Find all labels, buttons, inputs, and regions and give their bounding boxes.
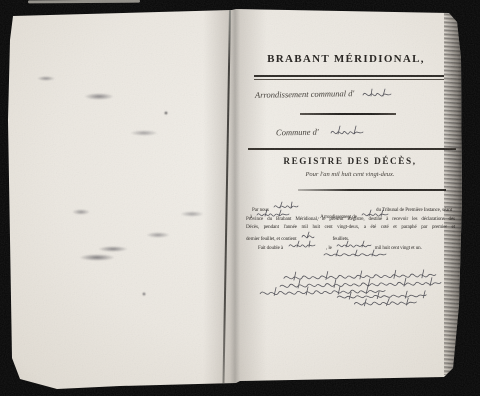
handwritten-place-entry [288,240,318,249]
line4-text: Décès, pendant l'année mil huit cent vin… [246,224,455,230]
commune-label-text: Commune d' [276,127,319,138]
ink-smudge [130,130,158,136]
commune-label: Commune d' [276,127,319,138]
certification-line-3: Province du Brabant Méridional, le prése… [246,216,455,222]
ink-dot [164,111,168,115]
scanned-register-photo: BRABANT MÉRIDIONAL, Arrondissement commu… [0,0,480,396]
line3-text: Province du Brabant Méridional, le prése… [246,216,455,222]
arrondissement-label-text: Arrondissement communal d' [255,88,354,100]
left-page [10,10,230,386]
handwritten-signature [352,297,422,308]
mid-rule [298,189,446,191]
ink-smudge [146,232,170,238]
ink-dot [142,292,146,296]
gutter-shadow [203,9,267,385]
register-subtitle: Pour l'an mil huit cent vingt-deux. [250,171,450,178]
long-rule [248,148,456,150]
ink-smudge [180,211,204,217]
arrondissement-label: Arrondissement communal d' [255,88,354,100]
handwritten-arrondissement-entry [362,88,392,100]
ink-smudge [98,246,128,252]
ink-smudge [72,209,90,215]
handwritten-commune-entry [330,125,364,138]
certification-line-4: Décès, pendant l'année mil huit cent vin… [246,224,455,230]
handwritten-folio-count [301,231,317,240]
page-edge-sliver [28,0,140,3]
ink-smudge [79,254,115,261]
ink-smudge [37,76,55,81]
open-register-book: BRABANT MÉRIDIONAL, Arrondissement commu… [0,0,480,396]
handwritten-clerk-signature [322,249,388,258]
handwritten-date-entry [336,240,372,249]
page-edge-texture [444,13,463,375]
register-title: REGISTRE DES DÉCÈS, [250,156,450,166]
ink-smudge [84,93,114,100]
short-rule [300,113,396,115]
double-rule [254,75,444,80]
province-title: BRABANT MÉRIDIONAL, [246,53,446,65]
